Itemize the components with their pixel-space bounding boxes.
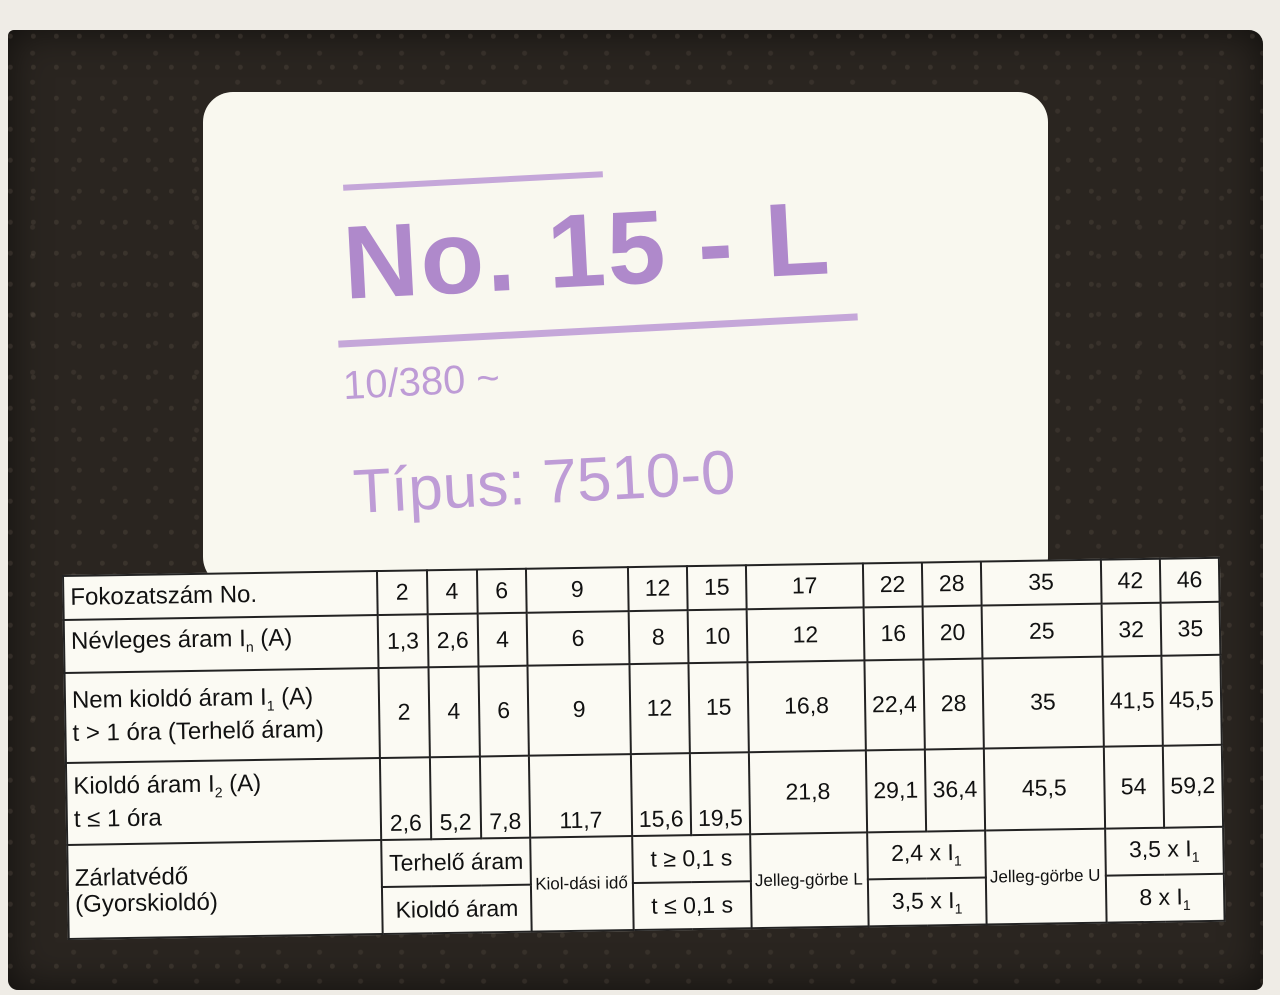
cell: 17 (746, 563, 863, 609)
cell: 6 (527, 611, 629, 665)
cell: 35 (981, 560, 1101, 606)
cell: 10 (688, 609, 748, 663)
cell: 1,3 (378, 614, 429, 668)
curve-u-ge-value: 3,5 x I1 (1105, 826, 1224, 875)
header-text: (Gyorskioldó) (75, 888, 218, 917)
cell: 15,6 (631, 753, 691, 836)
cell: 8 (628, 610, 688, 664)
row-header: Fokozatszám No. (63, 571, 378, 620)
cell: 22 (863, 562, 923, 607)
cell: 9 (528, 664, 631, 756)
header-text: t > 1 óra (Terhelő áram) (72, 716, 324, 747)
cell: 2,6 (427, 613, 478, 667)
subscript: n (246, 639, 254, 655)
subscript: 1 (955, 900, 963, 916)
curve-l-label: Jelleg-görbe L (750, 832, 868, 928)
trip-current-label: Kioldó áram (382, 884, 532, 934)
header-unit: (A) (222, 770, 261, 798)
time-le-label: t ≤ 0,1 s (633, 881, 752, 930)
cell: 16 (863, 606, 923, 660)
rating: 10/380 ~ (342, 356, 501, 409)
row-header: Névleges áram In (A) (64, 615, 379, 673)
header-text: Nem kioldó áram I (72, 683, 267, 713)
cell: 7,8 (479, 755, 530, 838)
cell: 28 (923, 658, 984, 749)
cell: 4 (477, 612, 528, 666)
cell: 45,5 (984, 746, 1105, 830)
header-text: Névleges áram I (71, 625, 246, 655)
stamp-overline (343, 171, 603, 191)
cell: 46 (1160, 558, 1220, 603)
cell: 15 (687, 565, 747, 610)
model-number: No. 15 - L (340, 179, 834, 323)
cell: 35 (1160, 602, 1220, 656)
stamp-label: No. 15 - L 10/380 ~ Típus: 7510-0 (203, 92, 1048, 587)
header-unit: (A) (274, 683, 313, 711)
cell: 12 (629, 663, 690, 754)
cell: 2,6 (380, 757, 431, 840)
spec-table: Fokozatszám No. 2 4 6 9 12 15 17 22 28 3… (62, 557, 1226, 940)
load-current-label: Terhelő áram (381, 837, 531, 887)
subscript: 1 (1183, 896, 1191, 912)
header-text: Zárlatvédő (75, 863, 189, 892)
cell: 32 (1101, 603, 1161, 657)
cell: 15 (688, 662, 749, 753)
cell: 6 (476, 569, 526, 614)
value-text: 2,4 x I (891, 839, 954, 866)
row-header: Nem kioldó áram I1 (A)t > 1 óra (Terhelő… (65, 668, 380, 763)
cell: 21,8 (749, 750, 867, 834)
cell: 19,5 (690, 752, 750, 835)
cell: 6 (478, 665, 529, 756)
cell: 41,5 (1102, 655, 1163, 746)
value-text: 3,5 x I (1129, 836, 1192, 863)
cell: 54 (1103, 745, 1163, 828)
cell: 45,5 (1161, 654, 1222, 745)
cell: 59,2 (1163, 744, 1224, 827)
cell: 42 (1100, 559, 1160, 604)
cell: 22,4 (864, 659, 925, 750)
trip-time-label: Kiol-dási idő (530, 836, 633, 932)
header-text: t ≤ 1 óra (74, 805, 162, 833)
type-code: Típus: 7510-0 (351, 437, 737, 528)
curve-l-ge-value: 2,4 x I1 (867, 830, 986, 879)
cell: 25 (982, 603, 1102, 658)
curve-l-le-value: 3,5 x I1 (868, 877, 987, 926)
cell: 2 (378, 667, 429, 758)
curve-u-label: Jelleg-görbe U (985, 828, 1106, 924)
curve-u-le-value: 8 x I1 (1105, 874, 1224, 923)
time-ge-label: t ≥ 0,1 s (632, 834, 751, 883)
value-text: 8 x I (1139, 883, 1183, 910)
header-unit: (A) (253, 625, 292, 653)
header-text: Kioldó áram I (73, 770, 215, 799)
row-header: Kioldó áram I2 (A)t ≤ 1 óra (66, 758, 381, 845)
cell: 29,1 (866, 749, 926, 832)
cell: 36,4 (925, 748, 985, 831)
cell: 35 (983, 656, 1104, 748)
cell: 11,7 (529, 754, 632, 838)
value-text: 3,5 x I (892, 887, 955, 914)
cell: 9 (526, 567, 628, 612)
cell: 2 (377, 570, 427, 615)
cell: 5,2 (430, 756, 481, 839)
subscript: 1 (1192, 849, 1200, 865)
subscript: 1 (954, 853, 962, 869)
row-header: Zárlatvédő(Gyorskioldó) (67, 840, 382, 939)
cell: 12 (628, 566, 688, 611)
cell: 20 (922, 605, 982, 659)
cell: 4 (428, 666, 479, 757)
cell: 28 (922, 562, 982, 607)
cell: 16,8 (748, 660, 866, 752)
cell: 4 (427, 569, 477, 614)
cell: 12 (747, 607, 864, 662)
